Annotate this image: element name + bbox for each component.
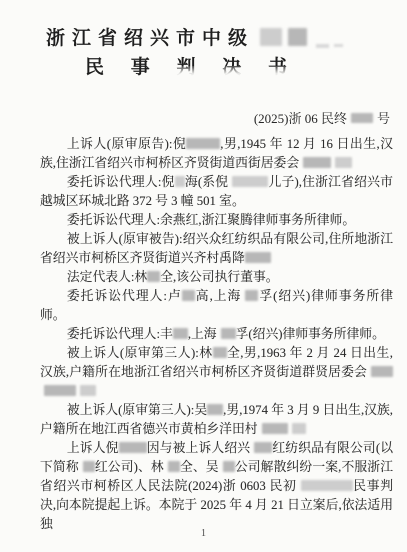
redaction-block <box>335 157 352 168</box>
redaction-block <box>245 290 258 301</box>
case-number-line: (2025)浙 06 民终号 <box>254 108 390 127</box>
redaction-block <box>245 252 271 263</box>
case-number-prefix: (2025)浙 06 民终 <box>254 108 347 127</box>
redaction-block <box>147 271 160 282</box>
document-page: 浙江省绍兴市中级 民 事 判 决 书 (2025)浙 06 民终号 上诉人(原审… <box>0 0 407 552</box>
court-title-redactions <box>254 28 307 46</box>
redaction-block <box>168 461 180 472</box>
paragraph: 上诉人(原审原告):倪,男,1945 年 12 月 16 日出生,汉族,住浙江省… <box>40 135 393 173</box>
case-number-suffix: 号 <box>377 108 390 127</box>
redaction-block <box>301 480 353 491</box>
doc-type-title: 民 事 判 决 书 <box>0 52 395 79</box>
paragraph: 委托诉讼代理人:倪海(系倪儿子),住浙江省绍兴市越城区环城北路 372 号 3 … <box>40 173 393 211</box>
redaction-block <box>260 28 282 46</box>
redaction-block <box>175 176 185 187</box>
scan-remnant-mark <box>334 44 343 47</box>
paragraph: 被上诉人(原审第三人):林全,男,1963 年 2 月 24 日出生,汉族,户籍… <box>40 344 393 401</box>
body-text: 上诉人(原审原告):倪,男,1945 年 12 月 16 日出生,汉族,住浙江省… <box>40 135 393 534</box>
redaction-block <box>173 328 188 339</box>
redaction-block <box>371 366 393 377</box>
doc-type-faded-text: 判 决 书 <box>177 57 299 78</box>
redaction-block <box>254 442 272 453</box>
redaction-block <box>207 404 223 415</box>
case-number-redaction <box>347 110 377 126</box>
paragraph: 法定代表人:林全,该公司执行董事。 <box>40 268 393 287</box>
paragraph: 委托诉讼代理人:丰,上海孚(绍兴)律师事务所律师。 <box>40 325 393 344</box>
paragraph: 被上诉人(原审被告):绍兴众红纺织品有限公司,住所地浙江省绍兴市柯桥区齐贤街道兴… <box>40 230 393 268</box>
redaction-block <box>44 385 76 396</box>
redaction-block <box>182 290 195 301</box>
redaction-block <box>262 423 288 434</box>
redaction-block <box>213 347 227 358</box>
scan-remnant-mark <box>316 44 329 48</box>
doc-type-faded-wrap: 判 决 书 <box>177 52 299 79</box>
redaction-block <box>288 28 307 46</box>
court-title-line: 浙江省绍兴市中级 <box>46 23 343 50</box>
redaction-block <box>83 461 95 472</box>
redaction-block <box>221 328 236 339</box>
paragraph: 被上诉人(原审第三人):吴,男,1974 年 3 月 9 日出生,汉族,户籍所在… <box>40 401 393 439</box>
redaction-block <box>186 138 220 149</box>
page-number: 1 <box>0 528 407 539</box>
paragraph: 委托诉讼代理人:卢高,上海孚(绍兴)律师事务所律师。 <box>40 287 393 325</box>
redaction-block <box>80 385 96 396</box>
redaction-block <box>303 157 331 168</box>
paragraph: 委托诉讼代理人:余燕红,浙江聚腾律师事务所律师。 <box>40 211 393 230</box>
redaction-block <box>232 176 268 187</box>
redaction-block <box>119 442 147 453</box>
doc-type-clear-text: 民 事 <box>85 57 177 78</box>
redaction-block <box>223 461 235 472</box>
redaction-block <box>292 423 306 434</box>
paragraph: 上诉人倪因与被上诉人绍兴红纺织品有限公司(以下简称红公司)、林全、吴公司解散纠纷… <box>40 439 393 534</box>
court-title-text: 浙江省绍兴市中级 <box>46 23 254 50</box>
redaction-block <box>351 113 373 123</box>
